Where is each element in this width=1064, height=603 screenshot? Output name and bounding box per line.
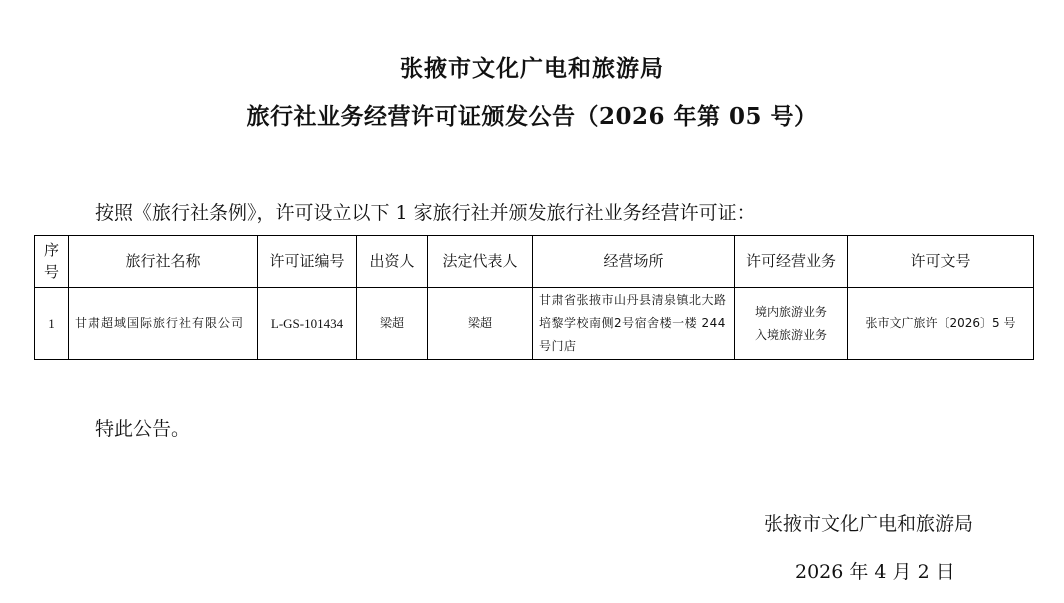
cell-investor: 梁超 [357, 288, 428, 360]
table-header-row: 序号 旅行社名称 许可证编号 出资人 法定代表人 经营场所 许可经营业务 许可文… [35, 236, 1034, 288]
cell-approval-doc: 张市文广旅许〔2026〕5 号 [848, 288, 1034, 360]
signature-date: 2026 年 4 月 2 日 [795, 557, 955, 584]
cell-legal-rep: 梁超 [428, 288, 533, 360]
cell-agency-name: 甘肃超域国际旅行社有限公司 [69, 288, 258, 360]
col-header-investor: 出资人 [357, 236, 428, 288]
table-row: 1 甘肃超域国际旅行社有限公司 L-GS-101434 梁超 梁超 甘肃省张掖市… [35, 288, 1034, 360]
business-scope-item: 入境旅游业务 [735, 324, 847, 347]
col-header-license-no: 许可证编号 [258, 236, 357, 288]
col-header-approval-doc: 许可文号 [848, 236, 1034, 288]
col-header-address: 经营场所 [533, 236, 735, 288]
business-scope-item: 境内旅游业务 [735, 301, 847, 324]
col-header-index: 序号 [35, 236, 69, 288]
intro-paragraph: 按照《旅行社条例》，许可设立以下 1 家旅行社并颁发旅行社业务经营许可证： [95, 198, 756, 225]
col-header-legal-rep: 法定代表人 [428, 236, 533, 288]
col-header-business-scope: 许可经营业务 [735, 236, 848, 288]
org-title: 张掖市文化广电和旅游局 [0, 50, 1064, 83]
cell-address: 甘肃省张掖市山丹县清泉镇北大路培黎学校南侧2号宿舍楼一楼 244 号门店 [533, 288, 735, 360]
cell-license-no: L-GS-101434 [258, 288, 357, 360]
signature-org: 张掖市文化广电和旅游局 [764, 509, 973, 536]
closing-text: 特此公告。 [95, 414, 190, 441]
announcement-title: 旅行社业务经营许可证颁发公告（2026 年第 05 号） [0, 98, 1064, 131]
cell-index: 1 [35, 288, 69, 360]
license-table: 序号 旅行社名称 许可证编号 出资人 法定代表人 经营场所 许可经营业务 许可文… [34, 235, 1034, 360]
cell-business-scope: 境内旅游业务 入境旅游业务 [735, 288, 848, 360]
col-header-agency-name: 旅行社名称 [69, 236, 258, 288]
